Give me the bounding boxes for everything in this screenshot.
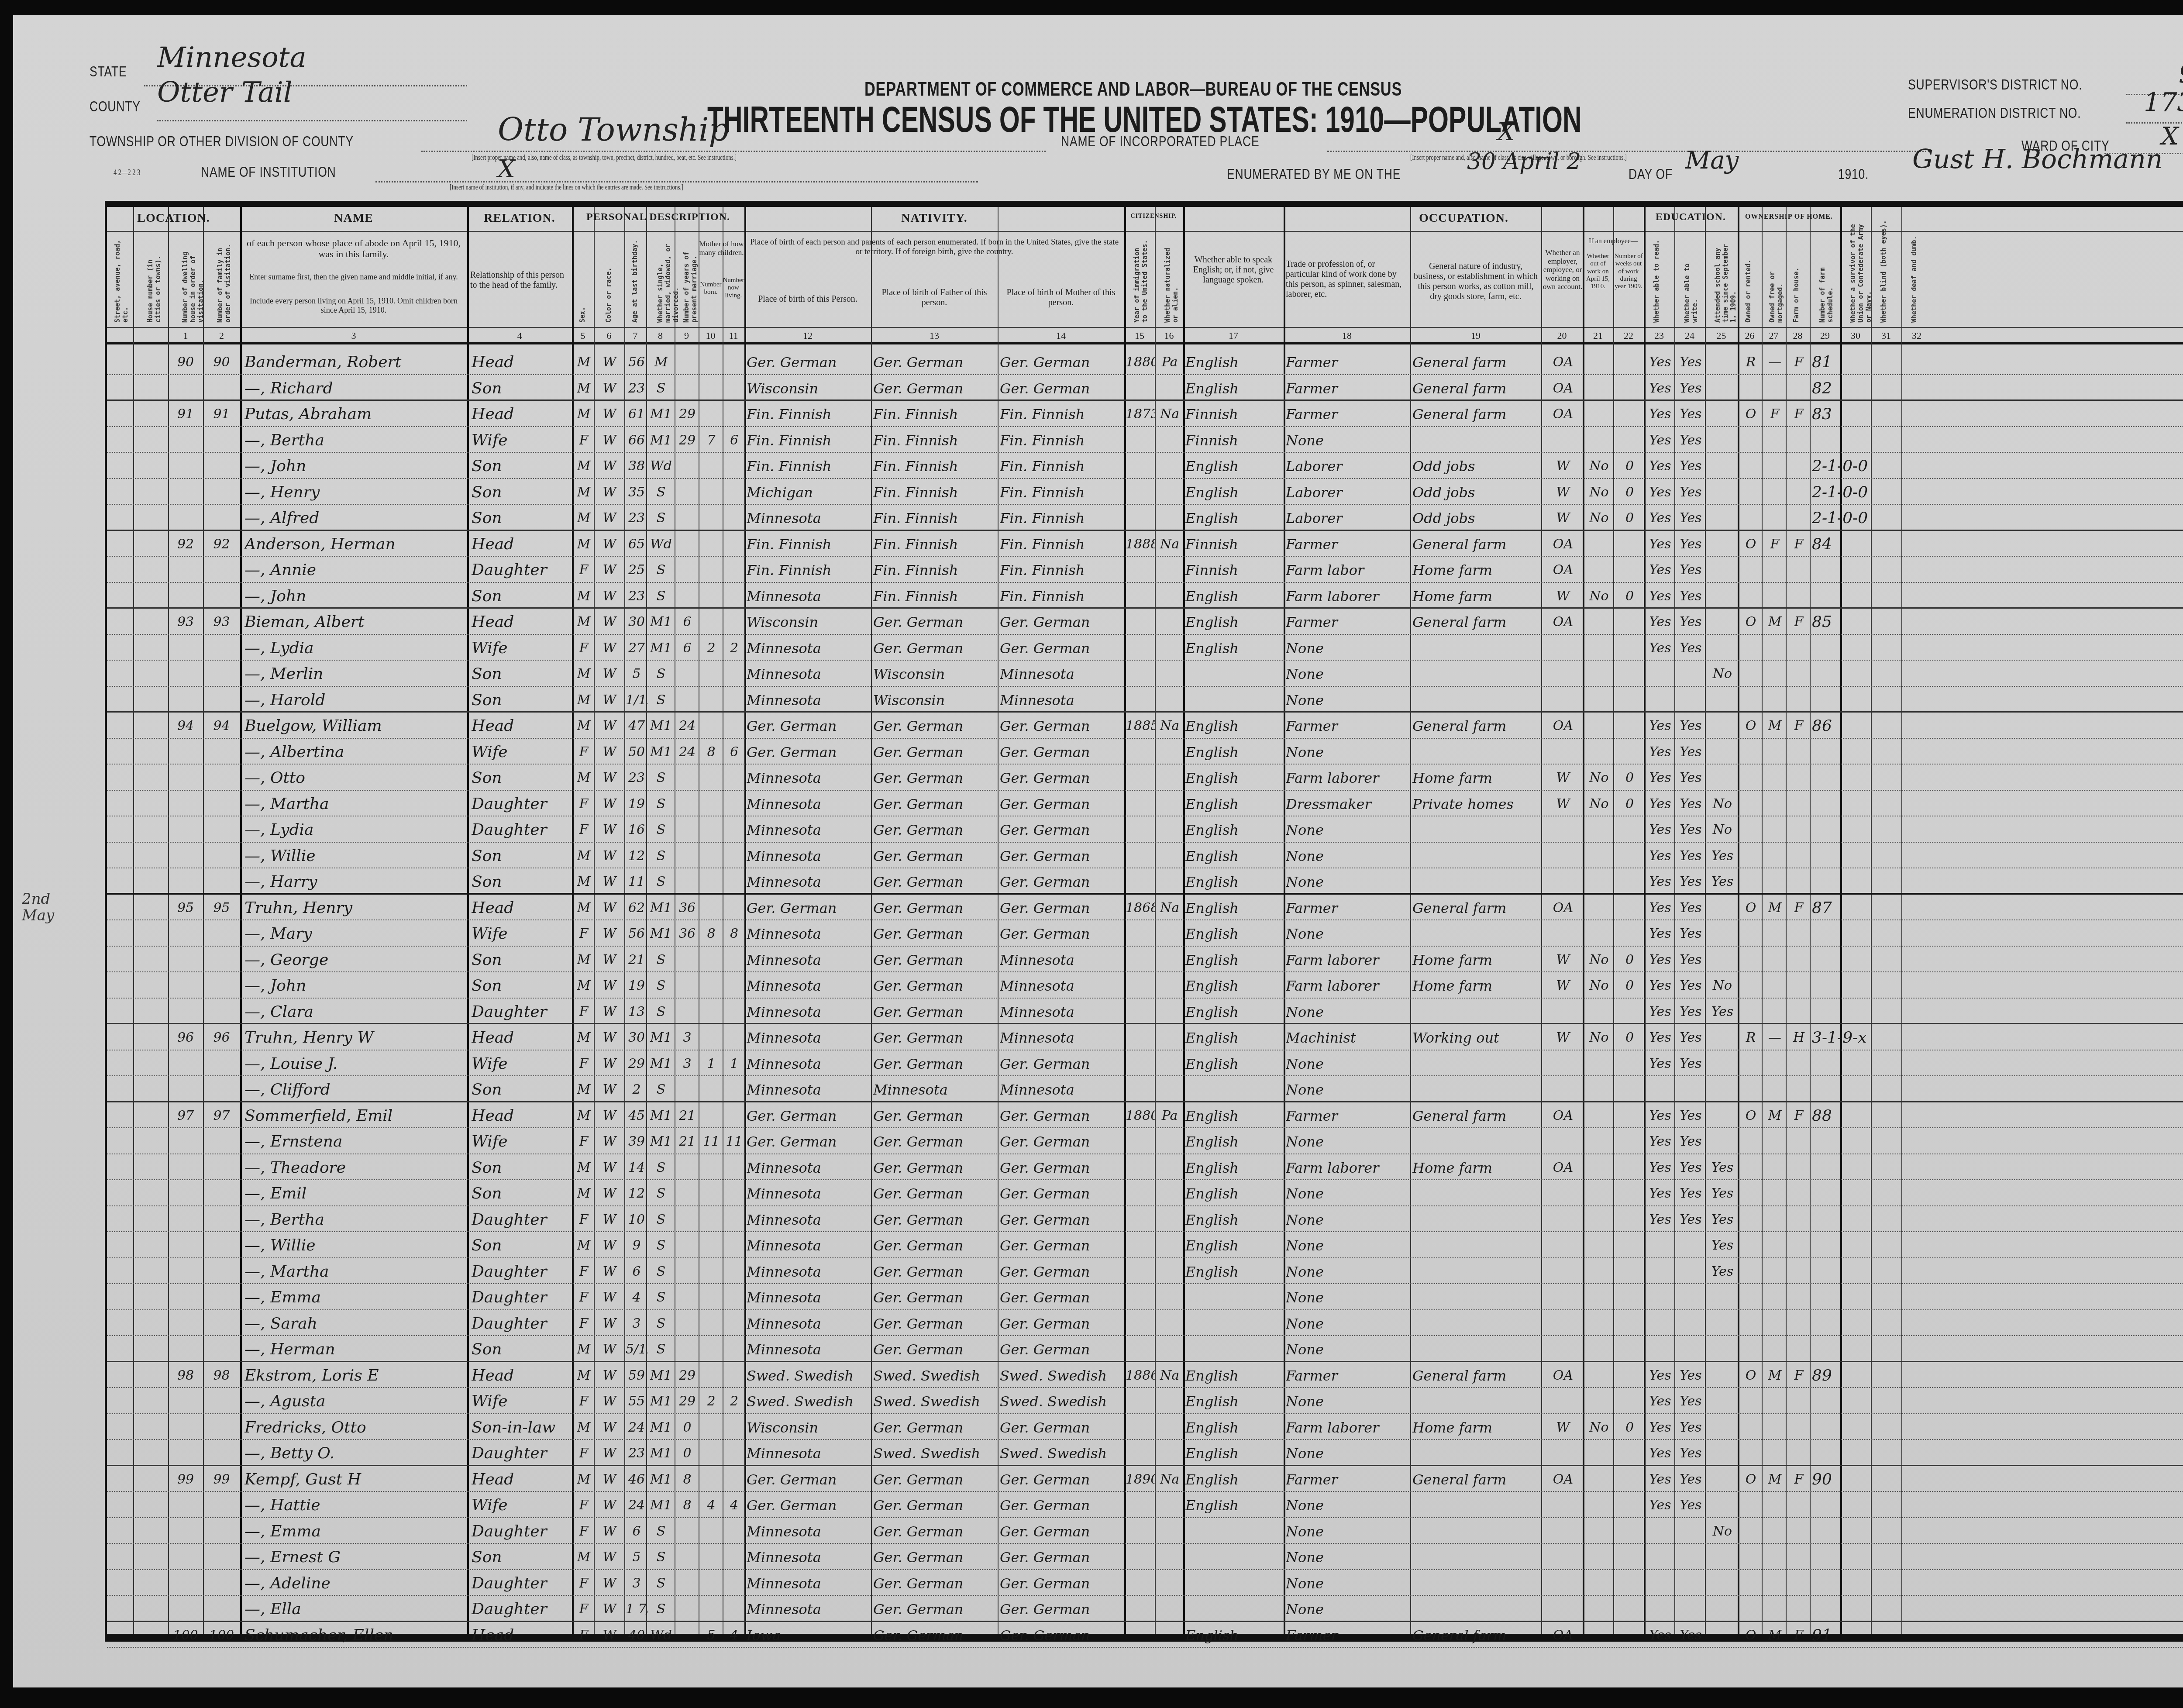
cell-wk: 0 — [1615, 455, 1644, 477]
cell-rel: Son — [472, 1183, 572, 1205]
cell-trade: Farm laborer — [1286, 767, 1410, 789]
table-row: 100100Schumacher, EllenHeadFW40Wd54IowaG… — [107, 1622, 2183, 1648]
cell-own — [1740, 845, 1762, 867]
cell-rel: Head — [472, 403, 572, 425]
cell-age: 65 — [626, 534, 647, 555]
cell-name: —, Clara — [244, 1001, 467, 1023]
cell-fbp: Ger. German — [873, 819, 998, 841]
cell-nat — [1156, 1235, 1183, 1257]
cell-ms: M1 — [647, 1443, 675, 1464]
cell-fh — [1788, 1287, 1810, 1309]
cell-bp: Minnesota — [747, 767, 871, 789]
cell-nat — [1156, 1339, 1183, 1360]
cell-own — [1740, 1209, 1762, 1231]
cell-fh: F — [1788, 715, 1810, 737]
cell-rel: Daughter — [472, 1443, 572, 1464]
cell-liv — [724, 1521, 744, 1543]
cell-bp: Ger. German — [747, 1494, 871, 1516]
cell-wk — [1615, 611, 1644, 633]
cell-fh — [1788, 1157, 1810, 1179]
census-sheet: State Minnesota County Otter Tail Townsh… — [13, 15, 2183, 1687]
cell-ind — [1412, 923, 1541, 945]
cell-sex: M — [573, 611, 594, 633]
cell-born — [700, 1443, 723, 1464]
cell-trade: Laborer — [1286, 455, 1410, 477]
cell-age: 38 — [626, 455, 647, 477]
cell-mbp: Ger. German — [1000, 793, 1124, 815]
cell-fbp: Fin. Finnish — [873, 482, 998, 503]
col-number: 28 — [1786, 330, 1810, 341]
cell-nat — [1156, 1521, 1183, 1543]
cell-nat — [1156, 1443, 1183, 1464]
cell-ym — [676, 975, 699, 997]
cell-trade: None — [1286, 1494, 1410, 1516]
group-relation: RELATION. — [467, 211, 572, 225]
cell-bp: Ger. German — [747, 1105, 871, 1127]
cell-col: W — [595, 845, 624, 867]
cell-wr: Yes — [1677, 534, 1705, 555]
cell-nat — [1156, 663, 1183, 685]
cell-fbp: Fin. Finnish — [873, 559, 998, 581]
cell-free — [1764, 923, 1786, 945]
cell-imm — [1126, 949, 1155, 971]
cell-free — [1764, 1261, 1786, 1283]
cell-fam — [203, 871, 240, 893]
cell-name: Bieman, Albert — [244, 611, 467, 633]
cell-sched: 81 — [1812, 351, 1912, 373]
cell-wr: Yes — [1677, 923, 1705, 945]
cell-ind: General farm — [1412, 715, 1541, 737]
cell-sch — [1707, 1313, 1738, 1335]
cell-liv — [724, 1261, 744, 1283]
cell-own — [1740, 430, 1762, 451]
col-number: 25 — [1705, 330, 1738, 341]
cell-ms: S — [647, 1521, 675, 1543]
cell-free — [1764, 1001, 1786, 1023]
cell-name: —, Bertha — [244, 1209, 467, 1231]
cell-mbp: Ger. German — [1000, 715, 1124, 737]
margin-note-left: 2nd May — [22, 891, 57, 924]
cell-sched — [1812, 767, 1912, 789]
cell-rel: Wife — [472, 430, 572, 451]
cell-trade: None — [1286, 1235, 1410, 1257]
cell-lang: English — [1185, 637, 1284, 659]
enumerated-day: 30 April 2 — [1467, 148, 1581, 175]
cell-wk — [1615, 637, 1644, 659]
cell-fbp: Ger. German — [873, 1494, 998, 1516]
cell-rd — [1646, 1287, 1674, 1309]
cell-ms: S — [647, 1573, 675, 1594]
cell-rel: Wife — [472, 741, 572, 763]
table-row: —, HenrySonMW35SMichiganFin. FinnishFin.… — [107, 479, 2183, 505]
cell-age: 59 — [626, 1365, 647, 1387]
cell-sch — [1707, 1469, 1738, 1491]
cell-fam: 93 — [203, 611, 240, 633]
cell-nat — [1156, 1157, 1183, 1179]
cell-own — [1740, 1546, 1762, 1568]
institution-value: X — [498, 155, 515, 183]
cell-wk: 0 — [1615, 975, 1644, 997]
col-number: 5 — [572, 330, 594, 341]
cell-born — [700, 1001, 723, 1023]
cell-rd: Yes — [1646, 637, 1674, 659]
cell-fh — [1788, 1391, 1810, 1412]
cell-nat: Na — [1156, 1365, 1183, 1387]
cell-sex: M — [573, 403, 594, 425]
table-row: 9393Bieman, AlbertHeadMW30M16WisconsinGe… — [107, 609, 2183, 635]
table-row: 9595Truhn, HenryHeadMW62M136Ger. GermanG… — [107, 895, 2183, 921]
cell-emp: OA — [1543, 1469, 1583, 1491]
cell-ms: M1 — [647, 1105, 675, 1127]
cell-wr: Yes — [1677, 611, 1705, 633]
cell-ms: M1 — [647, 1469, 675, 1491]
cell-nat — [1156, 767, 1183, 789]
farm-house-header: Farm or house. — [1792, 238, 1800, 323]
cell-bp: Minnesota — [747, 871, 871, 893]
cell-dw — [168, 637, 203, 659]
cell-rel: Son — [472, 378, 572, 399]
cell-nat — [1156, 1494, 1183, 1516]
cell-col: W — [595, 949, 624, 971]
cell-age: 25 — [626, 559, 647, 581]
cell-age: 40 — [626, 1625, 647, 1646]
cell-rd: Yes — [1646, 1131, 1674, 1153]
cell-wr — [1677, 663, 1705, 685]
cell-bp: Minnesota — [747, 1209, 871, 1231]
cell-trade: None — [1286, 1391, 1410, 1412]
cell-trade: Farmer — [1286, 1105, 1410, 1127]
cell-liv — [724, 378, 744, 399]
cell-sched — [1812, 1079, 1912, 1101]
cell-liv — [724, 1598, 744, 1620]
cell-age: 6 — [626, 1521, 647, 1543]
cell-ym: 21 — [676, 1105, 699, 1127]
cell-wk — [1615, 1598, 1644, 1620]
cell-born — [700, 611, 723, 633]
cell-emp: W — [1543, 1417, 1583, 1439]
cell-nat: Pa — [1156, 351, 1183, 373]
cell-ym: 29 — [676, 1365, 699, 1387]
cell-fam — [203, 1209, 240, 1231]
cell-mbp: Ger. German — [1000, 1105, 1124, 1127]
cell-fbp: Ger. German — [873, 975, 998, 997]
cell-rel: Son — [472, 845, 572, 867]
cell-col: W — [595, 1183, 624, 1205]
cell-trade: Farm laborer — [1286, 1157, 1410, 1179]
cell-sch: No — [1707, 1521, 1738, 1543]
cell-imm — [1126, 1391, 1155, 1412]
cell-ind: General farm — [1412, 897, 1541, 919]
col-number: 32 — [1901, 330, 1932, 341]
cell-col: W — [595, 482, 624, 503]
cell-name: Banderman, Robert — [244, 351, 467, 373]
cell-wr: Yes — [1677, 793, 1705, 815]
cell-sex: F — [573, 1573, 594, 1594]
cell-sched — [1812, 1573, 1912, 1594]
cell-fh — [1788, 767, 1810, 789]
group-name: NAME — [240, 211, 467, 225]
cell-imm — [1126, 1521, 1155, 1543]
cell-imm — [1126, 1183, 1155, 1205]
cell-sch — [1707, 1417, 1738, 1439]
cell-ms: S — [647, 1261, 675, 1283]
cell-sex: M — [573, 1365, 594, 1387]
cell-dw — [168, 482, 203, 503]
cell-free — [1764, 1494, 1786, 1516]
cell-name: —, Adeline — [244, 1573, 467, 1594]
cell-fam — [203, 1546, 240, 1568]
cell-own — [1740, 1235, 1762, 1257]
cell-trade: None — [1286, 819, 1410, 841]
cell-free — [1764, 1157, 1786, 1179]
name-desc: of each person whose place of abode on A… — [244, 238, 463, 260]
cell-sex: M — [573, 1079, 594, 1101]
cell-own: O — [1740, 534, 1762, 555]
cell-fbp: Ger. German — [873, 1339, 998, 1360]
department-line: DEPARTMENT OF COMMERCE AND LABOR—BUREAU … — [864, 79, 1402, 100]
cell-born — [700, 793, 723, 815]
cell-rd: Yes — [1646, 923, 1674, 945]
cell-sex: M — [573, 975, 594, 997]
cell-ind — [1412, 1001, 1541, 1023]
cell-dw: 95 — [168, 897, 203, 919]
cell-liv — [724, 611, 744, 633]
cell-sex: M — [573, 897, 594, 919]
cell-sched — [1812, 1157, 1912, 1179]
cell-liv: 4 — [724, 1494, 744, 1516]
table-row: —, Ernest GSonMW5SMinnesotaGer. GermanGe… — [107, 1544, 2183, 1570]
table-row: 9898Ekstrom, Loris EHeadMW59M129Swed. Sw… — [107, 1362, 2183, 1388]
cell-oow — [1585, 559, 1613, 581]
cell-ms: M1 — [647, 430, 675, 451]
cell-own — [1740, 1079, 1762, 1101]
cell-fbp: Swed. Swedish — [873, 1365, 998, 1387]
cell-fam — [203, 1573, 240, 1594]
cell-dw — [168, 1339, 203, 1360]
cell-emp: W — [1543, 949, 1583, 971]
cell-fbp: Ger. German — [873, 923, 998, 945]
cell-oow: No — [1585, 455, 1613, 477]
cell-ind: General farm — [1412, 1105, 1541, 1127]
cell-fam: 97 — [203, 1105, 240, 1127]
col-number: 10 — [699, 330, 723, 341]
cell-sex: M — [573, 689, 594, 711]
cell-dw — [168, 1131, 203, 1153]
cell-sch — [1707, 1546, 1738, 1568]
cell-born — [700, 897, 723, 919]
cell-emp: OA — [1543, 403, 1583, 425]
cell-imm — [1126, 1625, 1155, 1646]
cell-ym: 8 — [676, 1494, 699, 1516]
cell-fam — [203, 1053, 240, 1075]
cell-fbp: Ger. German — [873, 1235, 998, 1257]
cell-age: 46 — [626, 1469, 647, 1491]
cell-wk: 0 — [1615, 585, 1644, 607]
cell-trade: None — [1286, 1546, 1410, 1568]
cell-ind: Working out — [1412, 1027, 1541, 1049]
table-row: —, LydiaWifeFW27M1622MinnesotaGer. Germa… — [107, 635, 2183, 661]
cell-lang — [1185, 1287, 1284, 1309]
cell-bp: Ger. German — [747, 1469, 871, 1491]
cell-bp: Fin. Finnish — [747, 403, 871, 425]
cell-sch — [1707, 482, 1738, 503]
ward-label: Ward of city — [2021, 138, 2109, 155]
cell-born — [700, 1339, 723, 1360]
cell-trade: Farm labor — [1286, 559, 1410, 581]
cell-emp: OA — [1543, 559, 1583, 581]
immigration-header: Year of immigration to the United States… — [1133, 238, 1149, 323]
cell-sched: 90 — [1812, 1469, 1912, 1491]
cell-wk — [1615, 1391, 1644, 1412]
cell-name: —, Ella — [244, 1598, 467, 1620]
cell-dw — [168, 1546, 203, 1568]
cell-age: 11 — [626, 871, 647, 893]
cell-col: W — [595, 559, 624, 581]
cell-trade: Farmer — [1286, 1625, 1410, 1646]
cell-own: O — [1740, 1105, 1762, 1127]
cell-trade: Farmer — [1286, 1365, 1410, 1387]
cell-wr: Yes — [1677, 1053, 1705, 1075]
cell-mbp: Fin. Finnish — [1000, 482, 1124, 503]
cell-oow — [1585, 534, 1613, 555]
cell-own — [1740, 1573, 1762, 1594]
cell-ym — [676, 1521, 699, 1543]
cell-ym — [676, 455, 699, 477]
cell-imm — [1126, 741, 1155, 763]
county-value: Otter Tail — [157, 76, 293, 109]
cell-free — [1764, 1417, 1786, 1439]
cell-fbp: Ger. German — [873, 793, 998, 815]
cell-fh: F — [1788, 1625, 1810, 1646]
cell-col: W — [595, 1001, 624, 1023]
cell-fam: 90 — [203, 351, 240, 373]
cell-sched — [1812, 1391, 1912, 1412]
cell-age: 2 — [626, 1079, 647, 1101]
cell-col: W — [595, 1313, 624, 1335]
cell-sex: F — [573, 430, 594, 451]
cell-ind — [1412, 1131, 1541, 1153]
cell-bp: Minnesota — [747, 1053, 871, 1075]
cell-free — [1764, 1209, 1786, 1231]
table-row: 9494Buelgow, WilliamHeadMW47M124Ger. Ger… — [107, 713, 2183, 739]
employer-desc: Whether an employer, employee, or workin… — [1543, 248, 1583, 291]
cell-fbp: Ger. German — [873, 1625, 998, 1646]
cell-sched — [1812, 1001, 1912, 1023]
cell-emp: OA — [1543, 897, 1583, 919]
cell-sched — [1812, 1053, 1912, 1075]
cell-mbp: Ger. German — [1000, 1598, 1124, 1620]
cell-born — [700, 1417, 723, 1439]
cell-bp: Ger. German — [747, 741, 871, 763]
cell-own — [1740, 1313, 1762, 1335]
cell-trade: Farmer — [1286, 378, 1410, 399]
cell-ind: Home farm — [1412, 559, 1541, 581]
cell-dw — [168, 559, 203, 581]
cell-liv — [724, 482, 744, 503]
cell-born: 11 — [700, 1131, 723, 1153]
cell-bp: Minnesota — [747, 1521, 871, 1543]
cell-bp: Minnesota — [747, 637, 871, 659]
cell-name: —, Clifford — [244, 1079, 467, 1101]
cell-lang: English — [1185, 923, 1284, 945]
table-row: —, WillieSonMW12SMinnesotaGer. GermanGer… — [107, 843, 2183, 869]
cell-liv — [724, 351, 744, 373]
cell-fam: 100 — [203, 1625, 240, 1646]
cell-born — [700, 1365, 723, 1387]
cell-born — [700, 819, 723, 841]
cell-wr: Yes — [1677, 1105, 1705, 1127]
cell-fam — [203, 1339, 240, 1360]
cell-name: Truhn, Henry W — [244, 1027, 467, 1049]
cell-fh — [1788, 975, 1810, 997]
cell-rel: Son — [472, 1235, 572, 1257]
cell-fbp: Ger. German — [873, 949, 998, 971]
cell-nat — [1156, 1027, 1183, 1049]
cell-rd: Yes — [1646, 897, 1674, 919]
cell-emp — [1543, 1494, 1583, 1516]
cell-imm — [1126, 1573, 1155, 1594]
cell-fbp: Ger. German — [873, 741, 998, 763]
cell-fbp: Ger. German — [873, 1053, 998, 1075]
cell-wk — [1615, 1573, 1644, 1594]
cell-emp: OA — [1543, 1157, 1583, 1179]
cell-rd: Yes — [1646, 482, 1674, 503]
cell-lang: English — [1185, 715, 1284, 737]
cell-imm — [1126, 975, 1155, 997]
cell-oow: No — [1585, 585, 1613, 607]
cell-sch — [1707, 1494, 1738, 1516]
cell-fbp: Fin. Finnish — [873, 403, 998, 425]
cell-born — [700, 1313, 723, 1335]
cell-ind: General farm — [1412, 534, 1541, 555]
cell-born — [700, 1183, 723, 1205]
cell-col: W — [595, 1391, 624, 1412]
cell-lang: English — [1185, 793, 1284, 815]
cell-wr: Yes — [1677, 1131, 1705, 1153]
cell-wr: Yes — [1677, 949, 1705, 971]
cell-oow — [1585, 1053, 1613, 1075]
birth-person-label: Place of birth of this Person. — [747, 294, 869, 304]
cell-col: W — [595, 455, 624, 477]
cell-lang: English — [1185, 611, 1284, 633]
cell-emp — [1543, 1546, 1583, 1568]
cell-born — [700, 1079, 723, 1101]
cell-rd — [1646, 1339, 1674, 1360]
cell-wr: Yes — [1677, 1209, 1705, 1231]
cell-rel: Son — [472, 585, 572, 607]
table-row: —, Betty O.DaughterFW23M10MinnesotaSwed.… — [107, 1440, 2183, 1466]
enumeration-value: 173 — [2144, 87, 2183, 118]
cell-wk — [1615, 1365, 1644, 1387]
cell-free — [1764, 1287, 1786, 1309]
cell-free — [1764, 507, 1786, 529]
cell-fbp: Wisconsin — [873, 689, 998, 711]
cell-name: —, Annie — [244, 559, 467, 581]
cell-fbp: Ger. German — [873, 1573, 998, 1594]
cell-bp: Minnesota — [747, 819, 871, 841]
cell-mbp: Ger. German — [1000, 1183, 1124, 1205]
cell-free: M — [1764, 1365, 1786, 1387]
cell-lang: English — [1185, 975, 1284, 997]
cell-age: 24 — [626, 1494, 647, 1516]
cell-fh — [1788, 845, 1810, 867]
cell-emp — [1543, 1053, 1583, 1075]
cell-trade: None — [1286, 1521, 1410, 1543]
institution-note: [Insert name of institution, if any, and… — [450, 184, 683, 192]
county-underline — [157, 120, 467, 121]
cell-ms: M1 — [647, 1027, 675, 1049]
cell-fam — [203, 923, 240, 945]
